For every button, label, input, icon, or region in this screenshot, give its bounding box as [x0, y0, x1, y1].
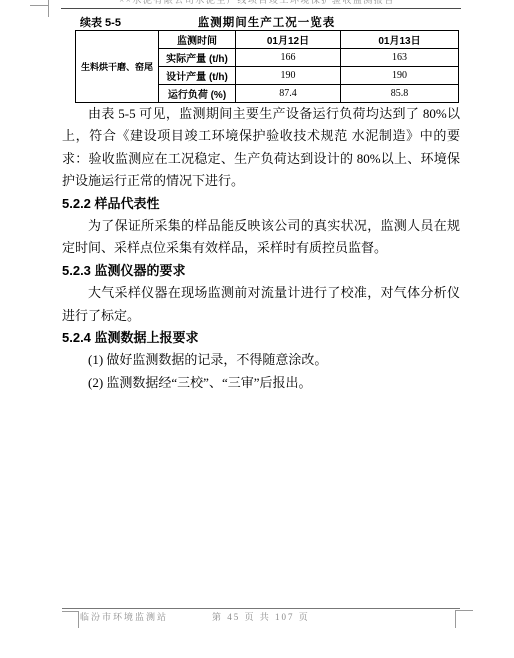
text-boundary-mark-bottom-right-horizontal — [455, 610, 473, 611]
table-cell: 163 — [341, 49, 459, 67]
table-row-label: 设计产量 (t/h) — [159, 67, 236, 85]
table-row-label: 运行负荷 (%) — [159, 85, 236, 103]
table-cell: 85.8 — [341, 85, 459, 103]
body-text-block: 由表 5-5 可见，监测期间主要生产设备运行负荷均达到了 80%以上，符合《建设… — [62, 103, 460, 394]
list-item: (2) 监测数据经“三校”、“三审”后报出。 — [62, 372, 460, 394]
text-boundary-mark-bottom-left-horizontal — [62, 611, 78, 612]
paragraph: 大气采样仪器在现场监测前对流量计进行了校准，对气体分析仪进行了标定。 — [62, 282, 460, 327]
text-boundary-mark-bottom-right-vertical — [455, 610, 456, 628]
table-cell: 190 — [341, 67, 459, 85]
text-boundary-mark-top-left-vertical — [48, 0, 49, 17]
footer-rule — [62, 608, 460, 609]
table-title: 监测期间生产工况一览表 — [75, 14, 458, 30]
table-header-cell: 监测时间 — [159, 31, 236, 49]
table-row-label: 实际产量 (t/h) — [159, 49, 236, 67]
document-page: ××水泥有限公司水泥生产线项目竣工环境保护验收监测报告 续表 5-5 监测期间生… — [0, 0, 514, 658]
table-header-cell: 01月12日 — [236, 31, 341, 49]
text-boundary-mark-bottom-left-vertical — [78, 611, 79, 628]
list-item: (1) 做好监测数据的记录，不得随意涂改。 — [62, 349, 460, 371]
section-heading-523: 5.2.3 监测仪器的要求 — [62, 260, 460, 282]
footer-site-name: 临汾市环境监测站 — [80, 610, 168, 623]
table-header-cell: 01月13日 — [341, 31, 459, 49]
text-boundary-mark-top-left-horizontal — [30, 5, 48, 6]
paragraph: 为了保证所采集的样品能反映该公司的真实状况，监测人员在规定时间、采样点位采集有效… — [62, 215, 460, 260]
section-heading-522: 5.2.2 样品代表性 — [62, 193, 460, 215]
paragraph: 由表 5-5 可见，监测期间主要生产设备运行负荷均达到了 80%以上，符合《建设… — [62, 103, 460, 193]
footer-page-number: 第 45 页 共 107 页 — [212, 610, 310, 623]
table-cell: 190 — [236, 67, 341, 85]
table-row: 生料烘干磨、窑尾 监测时间 01月12日 01月13日 — [76, 31, 459, 49]
table-merged-row-label: 生料烘干磨、窑尾 — [76, 31, 159, 103]
table-cell: 166 — [236, 49, 341, 67]
page-header-text: ××水泥有限公司水泥生产线项目竣工环境保护验收监测报告 — [0, 0, 514, 6]
header-underline — [61, 8, 461, 9]
table-cell: 87.4 — [236, 85, 341, 103]
production-conditions-table: 生料烘干磨、窑尾 监测时间 01月12日 01月13日 实际产量 (t/h) 1… — [75, 30, 459, 103]
section-heading-524: 5.2.4 监测数据上报要求 — [62, 327, 460, 349]
